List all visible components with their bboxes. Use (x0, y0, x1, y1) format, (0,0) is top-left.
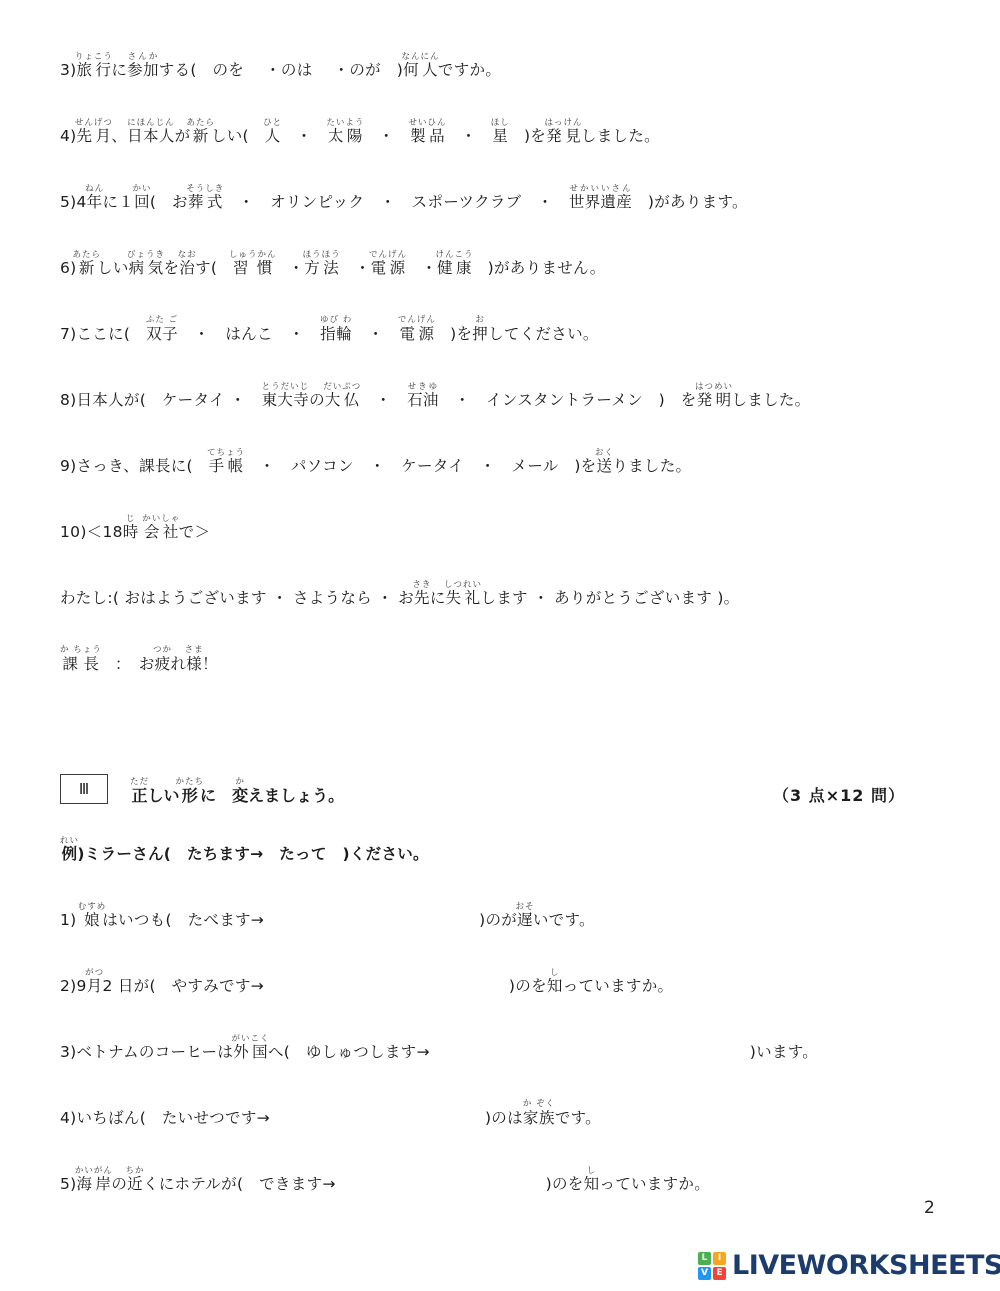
ruby-text: 病気びょうき (129, 259, 164, 277)
ruby-text: 日本人にほんじん (127, 127, 174, 145)
line-text: 3)ベトナムのコーヒーは外国がいこくへ( ゆしゅつします→)います。 (60, 1034, 818, 1062)
section-number-box: Ⅲ (60, 774, 108, 804)
logo-square-i: I (713, 1252, 726, 1265)
worksheet-line: 4)いちばん( たいせつです→)のは家族か ぞくです。 (60, 1062, 960, 1128)
ruby-text: 送おく (596, 457, 612, 475)
ruby-text: 遅おそ (517, 911, 533, 929)
ruby-text: 電源でんげん (399, 325, 434, 343)
ruby-text: 疲つか (155, 655, 171, 673)
section-header: Ⅲ 正ただしい形かたちに 変かえましょう。 （3 点×12 問） (60, 760, 960, 806)
line-text: 4)いちばん( たいせつです→)のは家族か ぞくです。 (60, 1099, 601, 1128)
worksheet-content: 3)旅行りょこうに参加さんかする( のを ・のは ・のが )何人なんにんですか。… (0, 0, 1000, 1194)
ruby-text: 家族か ぞく (523, 1109, 555, 1127)
logo-square-e: E (713, 1267, 726, 1280)
worksheet-line: 8)日本人が( ケータイ ・ 東大寺とうだいじの大仏だいぶつ ・ 石油せきゆ ・… (60, 344, 960, 410)
ruby-text: 健康けんこう (437, 259, 472, 277)
ruby-text: 正ただ (130, 786, 148, 805)
worksheet-line: 6)新あたらしい病気びょうきを治なおす( 習慣しゅうかん ・方法ほうほう ・電源… (60, 212, 960, 278)
logo-text: LIVEWORKSHEETS (732, 1250, 1000, 1281)
ruby-text: 押お (472, 325, 488, 343)
answer-blank[interactable] (430, 1055, 750, 1057)
worksheet-line: 1) 娘むすめはいつも( たべます→)のが遅おそいです。 (60, 864, 960, 930)
worksheet-line: 7)ここに( 双子ふた ご ・ はんこ ・ 指輪ゆび わ ・ 電源でんげん )を… (60, 278, 960, 344)
line-text: 課長か ちょう ： お疲つかれ様さま！ (60, 645, 218, 674)
line-text: 3)旅行りょこうに参加さんかする( のを ・のは ・のが )何人なんにんですか。 (60, 52, 501, 80)
ruby-text: 双子ふた ご (146, 325, 178, 343)
worksheet-line: わたし:( おはようございます ・ さようなら ・ お先さきに失礼しつれいします… (60, 542, 960, 608)
worksheet-line: 4)先月せんげつ、日本人にほんじんが新あたらしい( 人ひと ・ 太陽たいよう ・… (60, 80, 960, 146)
ruby-text: 人ひと (265, 127, 281, 145)
line-text: 8)日本人が( ケータイ ・ 東大寺とうだいじの大仏だいぶつ ・ 石油せきゆ ・… (60, 382, 810, 410)
ruby-text: 月がつ (87, 977, 103, 995)
ruby-text: 娘むすめ (82, 911, 103, 929)
ruby-text: 発明はつめい (697, 391, 732, 409)
ruby-text: 海岸かいがん (77, 1175, 112, 1193)
line-text: 7)ここに( 双子ふた ご ・ はんこ ・ 指輪ゆび わ ・ 電源でんげん )を… (60, 315, 599, 344)
ruby-text: 何人なんにん (403, 61, 438, 79)
ruby-text: 知し (584, 1175, 600, 1193)
ruby-text: 失礼しつれい (446, 589, 481, 607)
ruby-text: 手帳てちょう (209, 457, 244, 475)
answer-blank[interactable] (270, 1121, 485, 1123)
ruby-text: 新あたら (190, 127, 211, 145)
worksheet-line: 5)4年ねんに１回かい( お葬式そうしき ・ オリンピック ・ スポーツクラブ … (60, 146, 960, 212)
example-line: 例れい)ミラーさん( たちます→ たって )ください。 (60, 812, 960, 864)
ruby-text: 指輪ゆび わ (320, 325, 352, 343)
line-text: わたし:( おはようございます ・ さようなら ・ お先さきに失礼しつれいします… (60, 580, 740, 608)
ruby-text: 葬式そうしき (188, 193, 223, 211)
ruby-text: 変か (232, 786, 248, 805)
ruby-text: 旅行りょこう (77, 61, 112, 79)
worksheet-line: 課長か ちょう ： お疲つかれ様さま！ (60, 608, 960, 674)
ruby-text: 参加さんか (127, 61, 159, 79)
worksheet-page: 3)旅行りょこうに参加さんかする( のを ・のは ・のが )何人なんにんですか。… (0, 0, 1000, 1291)
ruby-text: 石油せきゆ (407, 391, 439, 409)
worksheet-line: 2)9月がつ2 日が( やすみです→)のを知しっていますか。 (60, 930, 960, 996)
liveworksheets-logo: LIVE LIVEWORKSHEETS (698, 1250, 1000, 1281)
ruby-text: 外国がいこく (233, 1043, 268, 1061)
line-text: 4)先月せんげつ、日本人にほんじんが新あたらしい( 人ひと ・ 太陽たいよう ・… (60, 118, 660, 146)
section-points: （3 点×12 問） (773, 783, 905, 806)
ruby-text: 製品せいひん (410, 127, 445, 145)
line-text: 1) 娘むすめはいつも( たべます→)のが遅おそいです。 (60, 902, 595, 930)
ruby-text: 電源でんげん (371, 259, 406, 277)
ruby-text: 形かたち (180, 786, 201, 805)
section-title: 正ただしい形かたちに 変かえましょう。 (130, 777, 344, 806)
question-list-part3: 1) 娘むすめはいつも( たべます→)のが遅おそいです。2)9月がつ2 日が( … (60, 864, 960, 1194)
line-text: 9)さっき、課長に( 手帳てちょう ・ パソコン ・ ケータイ ・ メール )を… (60, 448, 691, 476)
ruby-text: 発見はっけん (546, 127, 581, 145)
line-text: 10)＜18時じ 会社かいしゃで＞ (60, 514, 210, 542)
ruby-text: 習慣しゅうかん (233, 259, 273, 277)
example-text: 例れい)ミラーさん( たちます→ たって )ください。 (60, 836, 429, 864)
logo-square-l: L (698, 1252, 711, 1265)
ruby-text: 東大寺とうだいじ (262, 391, 309, 409)
ruby-text: 太陽たいよう (328, 127, 363, 145)
ruby-text: 新あたら (77, 259, 98, 277)
worksheet-line: 10)＜18時じ 会社かいしゃで＞ (60, 476, 960, 542)
ruby-text: 先さき (414, 589, 430, 607)
ruby-text: 先月せんげつ (77, 127, 112, 145)
ruby-text: 星ほし (492, 127, 508, 145)
ruby-text: 回かい (134, 193, 150, 211)
logo-square-v: V (698, 1267, 711, 1280)
answer-blank[interactable] (264, 989, 509, 991)
answer-blank[interactable] (336, 1187, 546, 1189)
answer-blank[interactable] (264, 923, 479, 925)
page-number: 2 (924, 1198, 935, 1218)
line-text: 6)新あたらしい病気びょうきを治なおす( 習慣しゅうかん ・方法ほうほう ・電源… (60, 250, 606, 278)
ruby-text: 会社かいしゃ (144, 523, 179, 541)
ruby-text: 例れい (60, 845, 77, 863)
ruby-text: 知し (547, 977, 563, 995)
ruby-text: 課長か ちょう (60, 655, 99, 673)
ruby-text: 年ねん (87, 193, 103, 211)
ruby-text: 大仏だいぶつ (325, 391, 360, 409)
worksheet-line: 9)さっき、課長に( 手帳てちょう ・ パソコン ・ ケータイ ・ メール )を… (60, 410, 960, 476)
ruby-text: 近ちか (127, 1175, 143, 1193)
line-text: 5)海岸かいがんの近ちかくにホテルが( できます→)のを知しっていますか。 (60, 1166, 710, 1194)
worksheet-line: 5)海岸かいがんの近ちかくにホテルが( できます→)のを知しっていますか。 (60, 1128, 960, 1194)
line-text: 5)4年ねんに１回かい( お葬式そうしき ・ オリンピック ・ スポーツクラブ … (60, 184, 748, 212)
question-list-part2: 3)旅行りょこうに参加さんかする( のを ・のは ・のが )何人なんにんですか。… (60, 14, 960, 674)
liveworksheets-icon: LIVE (698, 1252, 726, 1280)
ruby-text: 世界遺産せかいいさん (569, 193, 632, 211)
ruby-text: 治なお (179, 259, 195, 277)
ruby-text: 様さま (186, 655, 202, 673)
ruby-text: 時じ (123, 523, 139, 541)
worksheet-line: 3)ベトナムのコーヒーは外国がいこくへ( ゆしゅつします→)います。 (60, 996, 960, 1062)
ruby-text: 方法ほうほう (304, 259, 339, 277)
worksheet-line: 3)旅行りょこうに参加さんかする( のを ・のは ・のが )何人なんにんですか。 (60, 14, 960, 80)
line-text: 2)9月がつ2 日が( やすみです→)のを知しっていますか。 (60, 968, 673, 996)
